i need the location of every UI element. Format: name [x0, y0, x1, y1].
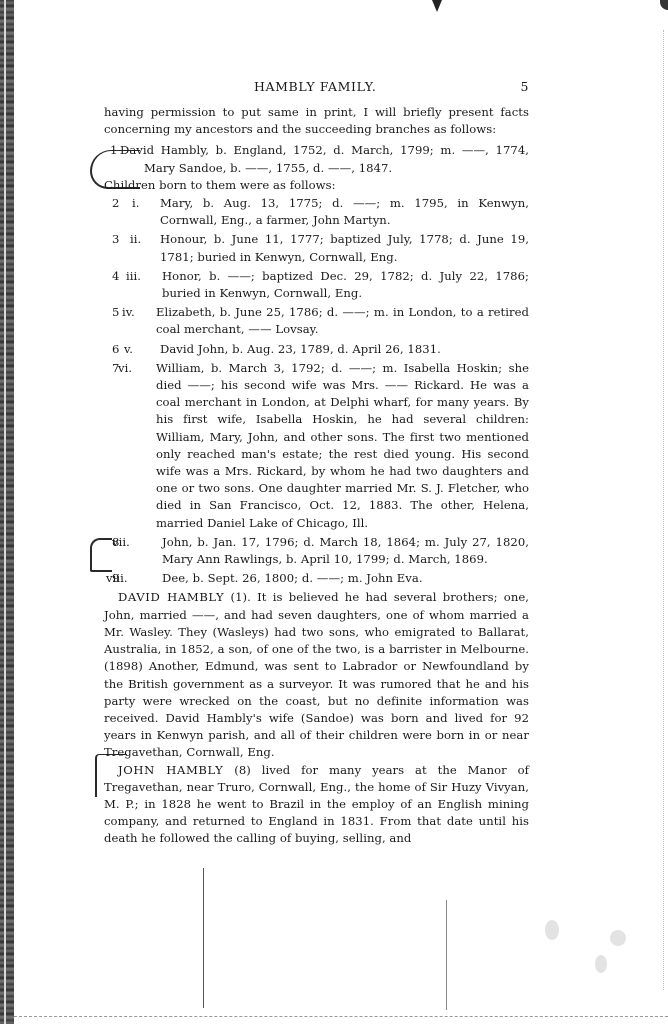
entry-text: Elizabeth, b. June 25, 1786; d. ——; m. i… [156, 304, 529, 338]
intro-paragraph: having permission to put same in print, … [104, 104, 529, 138]
page-number: 5 [520, 78, 529, 95]
narrative-section: DAVID HAMBLY (1). It is believed he had … [104, 589, 529, 847]
entry-number: 4 [112, 268, 126, 285]
entry-roman-numeral: iii. [126, 268, 141, 285]
entry-number: 1 [110, 142, 124, 159]
paper-stain [545, 920, 559, 940]
entry-roman-numeral: i. [132, 195, 140, 212]
genealogy-entry: 2i.Mary, b. Aug. 13, 1775; d. ——; m. 179… [104, 195, 529, 229]
page-bottom-edge [14, 1016, 668, 1018]
entry-roman-numeral: viii. [106, 570, 128, 587]
genealogy-entry: 8vii.John, b. Jan. 17, 1796; d. March 18… [104, 534, 529, 568]
entry-number: 3 [112, 231, 126, 248]
narrative-paragraph: JOHN HAMBLY (8) lived for many years at … [104, 762, 529, 848]
paper-stain [595, 955, 607, 973]
entry-roman-numeral: vi. [118, 360, 132, 377]
paragraph-text: (1). It is believed he had several broth… [104, 590, 529, 759]
narrative-paragraph: DAVID HAMBLY (1). It is believed he had … [104, 589, 529, 761]
paragraph-lead-name: DAVID HAMBLY [118, 590, 224, 604]
entry-text: William, b. March 3, 1792; d. ——; m. Isa… [156, 360, 529, 532]
entry-text: David John, b. Aug. 23, 1789, d. April 2… [160, 341, 529, 358]
entry-text: Honor, b. ——; baptized Dec. 29, 1782; d.… [162, 268, 529, 302]
genealogy-entry: 4iii.Honor, b. ——; baptized Dec. 29, 178… [104, 268, 529, 302]
page-title: HAMBLY FAMILY. [254, 78, 377, 95]
entry-number: 2 [112, 195, 126, 212]
running-head: HAMBLY FAMILY. 5 [104, 78, 529, 100]
paper-crease [446, 900, 447, 1010]
paper-crease [203, 868, 204, 1008]
book-spine-edge [0, 0, 14, 1024]
entry-text: Dee, b. Sept. 26, 1800; d. ——; m. John E… [162, 570, 529, 587]
entry-text: Honour, b. June 11, 1777; baptized July,… [160, 231, 529, 265]
genealogy-entry: 7vi.William, b. March 3, 1792; d. ——; m.… [104, 360, 529, 532]
paper-stain [610, 930, 626, 946]
entry-text: David Hambly, b. England, 1752, d. March… [120, 142, 529, 176]
entry-text: Mary, b. Aug. 13, 1775; d. ——; m. 1795, … [160, 195, 529, 229]
top-corner-mark [660, 0, 668, 10]
genealogy-entry-1: 1 David Hambly, b. England, 1752, d. Mar… [104, 142, 529, 176]
entry-roman-numeral: v. [124, 341, 133, 358]
paragraph-lead-name: JOHN HAMBLY [118, 763, 223, 777]
entry-roman-numeral: iv. [122, 304, 135, 321]
genealogy-entry: 6v.David John, b. Aug. 23, 1789, d. Apri… [104, 341, 529, 358]
children-list: 2i.Mary, b. Aug. 13, 1775; d. ——; m. 179… [104, 195, 529, 587]
top-binding-mark [432, 0, 442, 12]
entry-text: John, b. Jan. 17, 1796; d. March 18, 186… [162, 534, 529, 568]
entry-roman-numeral: ii. [130, 231, 141, 248]
genealogy-entry: 9viii.Dee, b. Sept. 26, 1800; d. ——; m. … [104, 570, 529, 587]
book-page: HAMBLY FAMILY. 5 having permission to pu… [104, 78, 529, 848]
children-intro: Children born to them were as follows: [104, 177, 529, 194]
genealogy-entry: 3ii.Honour, b. June 11, 1777; baptized J… [104, 231, 529, 265]
entry-roman-numeral: vii. [112, 534, 130, 551]
page-right-edge [662, 30, 664, 990]
genealogy-entry: 5iv.Elizabeth, b. June 25, 1786; d. ——; … [104, 304, 529, 338]
